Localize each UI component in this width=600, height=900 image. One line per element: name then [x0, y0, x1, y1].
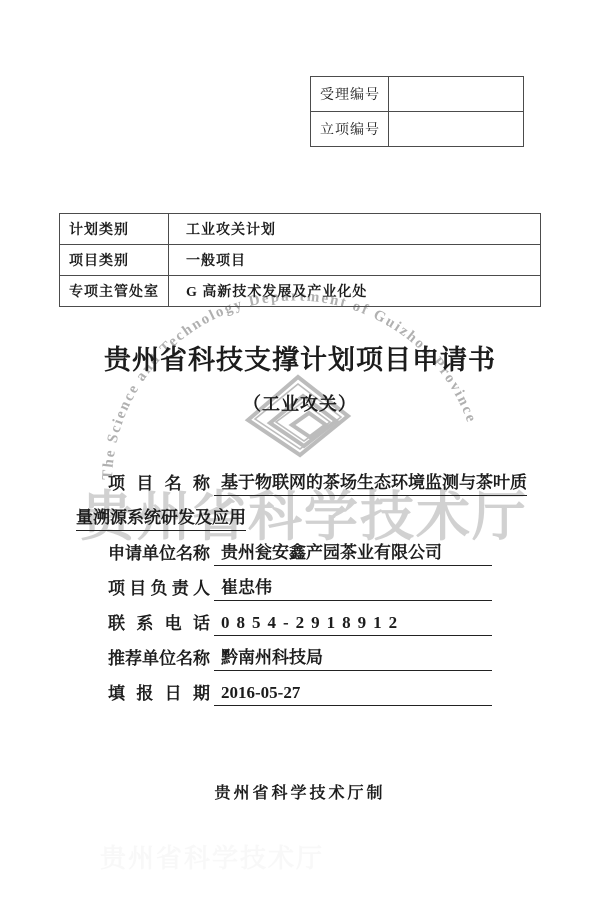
project-name-value-line2: 量溯源系统研发及应用 [76, 505, 246, 531]
supervising-office-label: 专项主管处室 [60, 276, 169, 307]
application-form-page: The Science and Technology Department of… [0, 0, 600, 900]
project-name-field-line2: 量溯源系统研发及应用 [76, 505, 492, 531]
table-row: 计划类别 工业攻关计划 [60, 214, 541, 245]
category-table: 计划类别 工业攻关计划 项目类别 一般项目 专项主管处室 G 高新技术发展及产业… [59, 213, 541, 307]
project-name-field: 项目名称 基于物联网的茶场生态环境监测与茶叶质 [60, 470, 492, 496]
date-field: 填报日期 2016-05-27 [60, 680, 492, 706]
recommender-label: 推荐单位名称 [108, 646, 210, 671]
phone-label: 联系电话 [108, 611, 210, 636]
supervising-office-value: G 高新技术发展及产业化处 [169, 276, 541, 307]
approval-number-label: 立项编号 [311, 112, 389, 147]
table-row: 受理编号 [311, 77, 524, 112]
leader-field: 项目负责人 崔忠伟 [60, 575, 492, 601]
applicant-value: 贵州瓮安鑫产园茶业有限公司 [214, 540, 492, 566]
document-maker-line: 贵州省科学技术厅制 [0, 780, 600, 803]
table-row: 项目类别 一般项目 [60, 245, 541, 276]
page-subtitle: （工业攻关） [0, 390, 600, 416]
project-category-label: 项目类别 [60, 245, 169, 276]
document-content: 受理编号 立项编号 计划类别 工业攻关计划 项目类别 一般项目 专项主管处室 G… [0, 0, 600, 900]
project-name-value-line1: 基于物联网的茶场生态环境监测与茶叶质 [214, 470, 527, 496]
phone-field: 联系电话 0854-2918912 [60, 610, 492, 636]
recommender-value: 黔南州科技局 [214, 645, 492, 671]
plan-category-value: 工业攻关计划 [169, 214, 541, 245]
date-label: 填报日期 [108, 681, 210, 706]
approval-number-value [388, 112, 523, 147]
table-row: 专项主管处室 G 高新技术发展及产业化处 [60, 276, 541, 307]
recommender-field: 推荐单位名称 黔南州科技局 [60, 645, 492, 671]
leader-value: 崔忠伟 [214, 575, 492, 601]
project-name-label: 项目名称 [108, 471, 210, 496]
number-table: 受理编号 立项编号 [310, 76, 524, 147]
form-fields: 项目名称 基于物联网的茶场生态环境监测与茶叶质 量溯源系统研发及应用 申请单位名… [60, 470, 492, 715]
applicant-label: 申请单位名称 [108, 541, 210, 566]
table-row: 立项编号 [311, 112, 524, 147]
date-value: 2016-05-27 [214, 680, 492, 706]
leader-label: 项目负责人 [108, 576, 210, 601]
project-category-value: 一般项目 [169, 245, 541, 276]
acceptance-number-label: 受理编号 [311, 77, 389, 112]
plan-category-label: 计划类别 [60, 214, 169, 245]
page-title: 贵州省科技支撑计划项目申请书 [0, 338, 600, 377]
phone-value: 0854-2918912 [214, 610, 492, 636]
acceptance-number-value [388, 77, 523, 112]
applicant-field: 申请单位名称 贵州瓮安鑫产园茶业有限公司 [60, 540, 492, 566]
